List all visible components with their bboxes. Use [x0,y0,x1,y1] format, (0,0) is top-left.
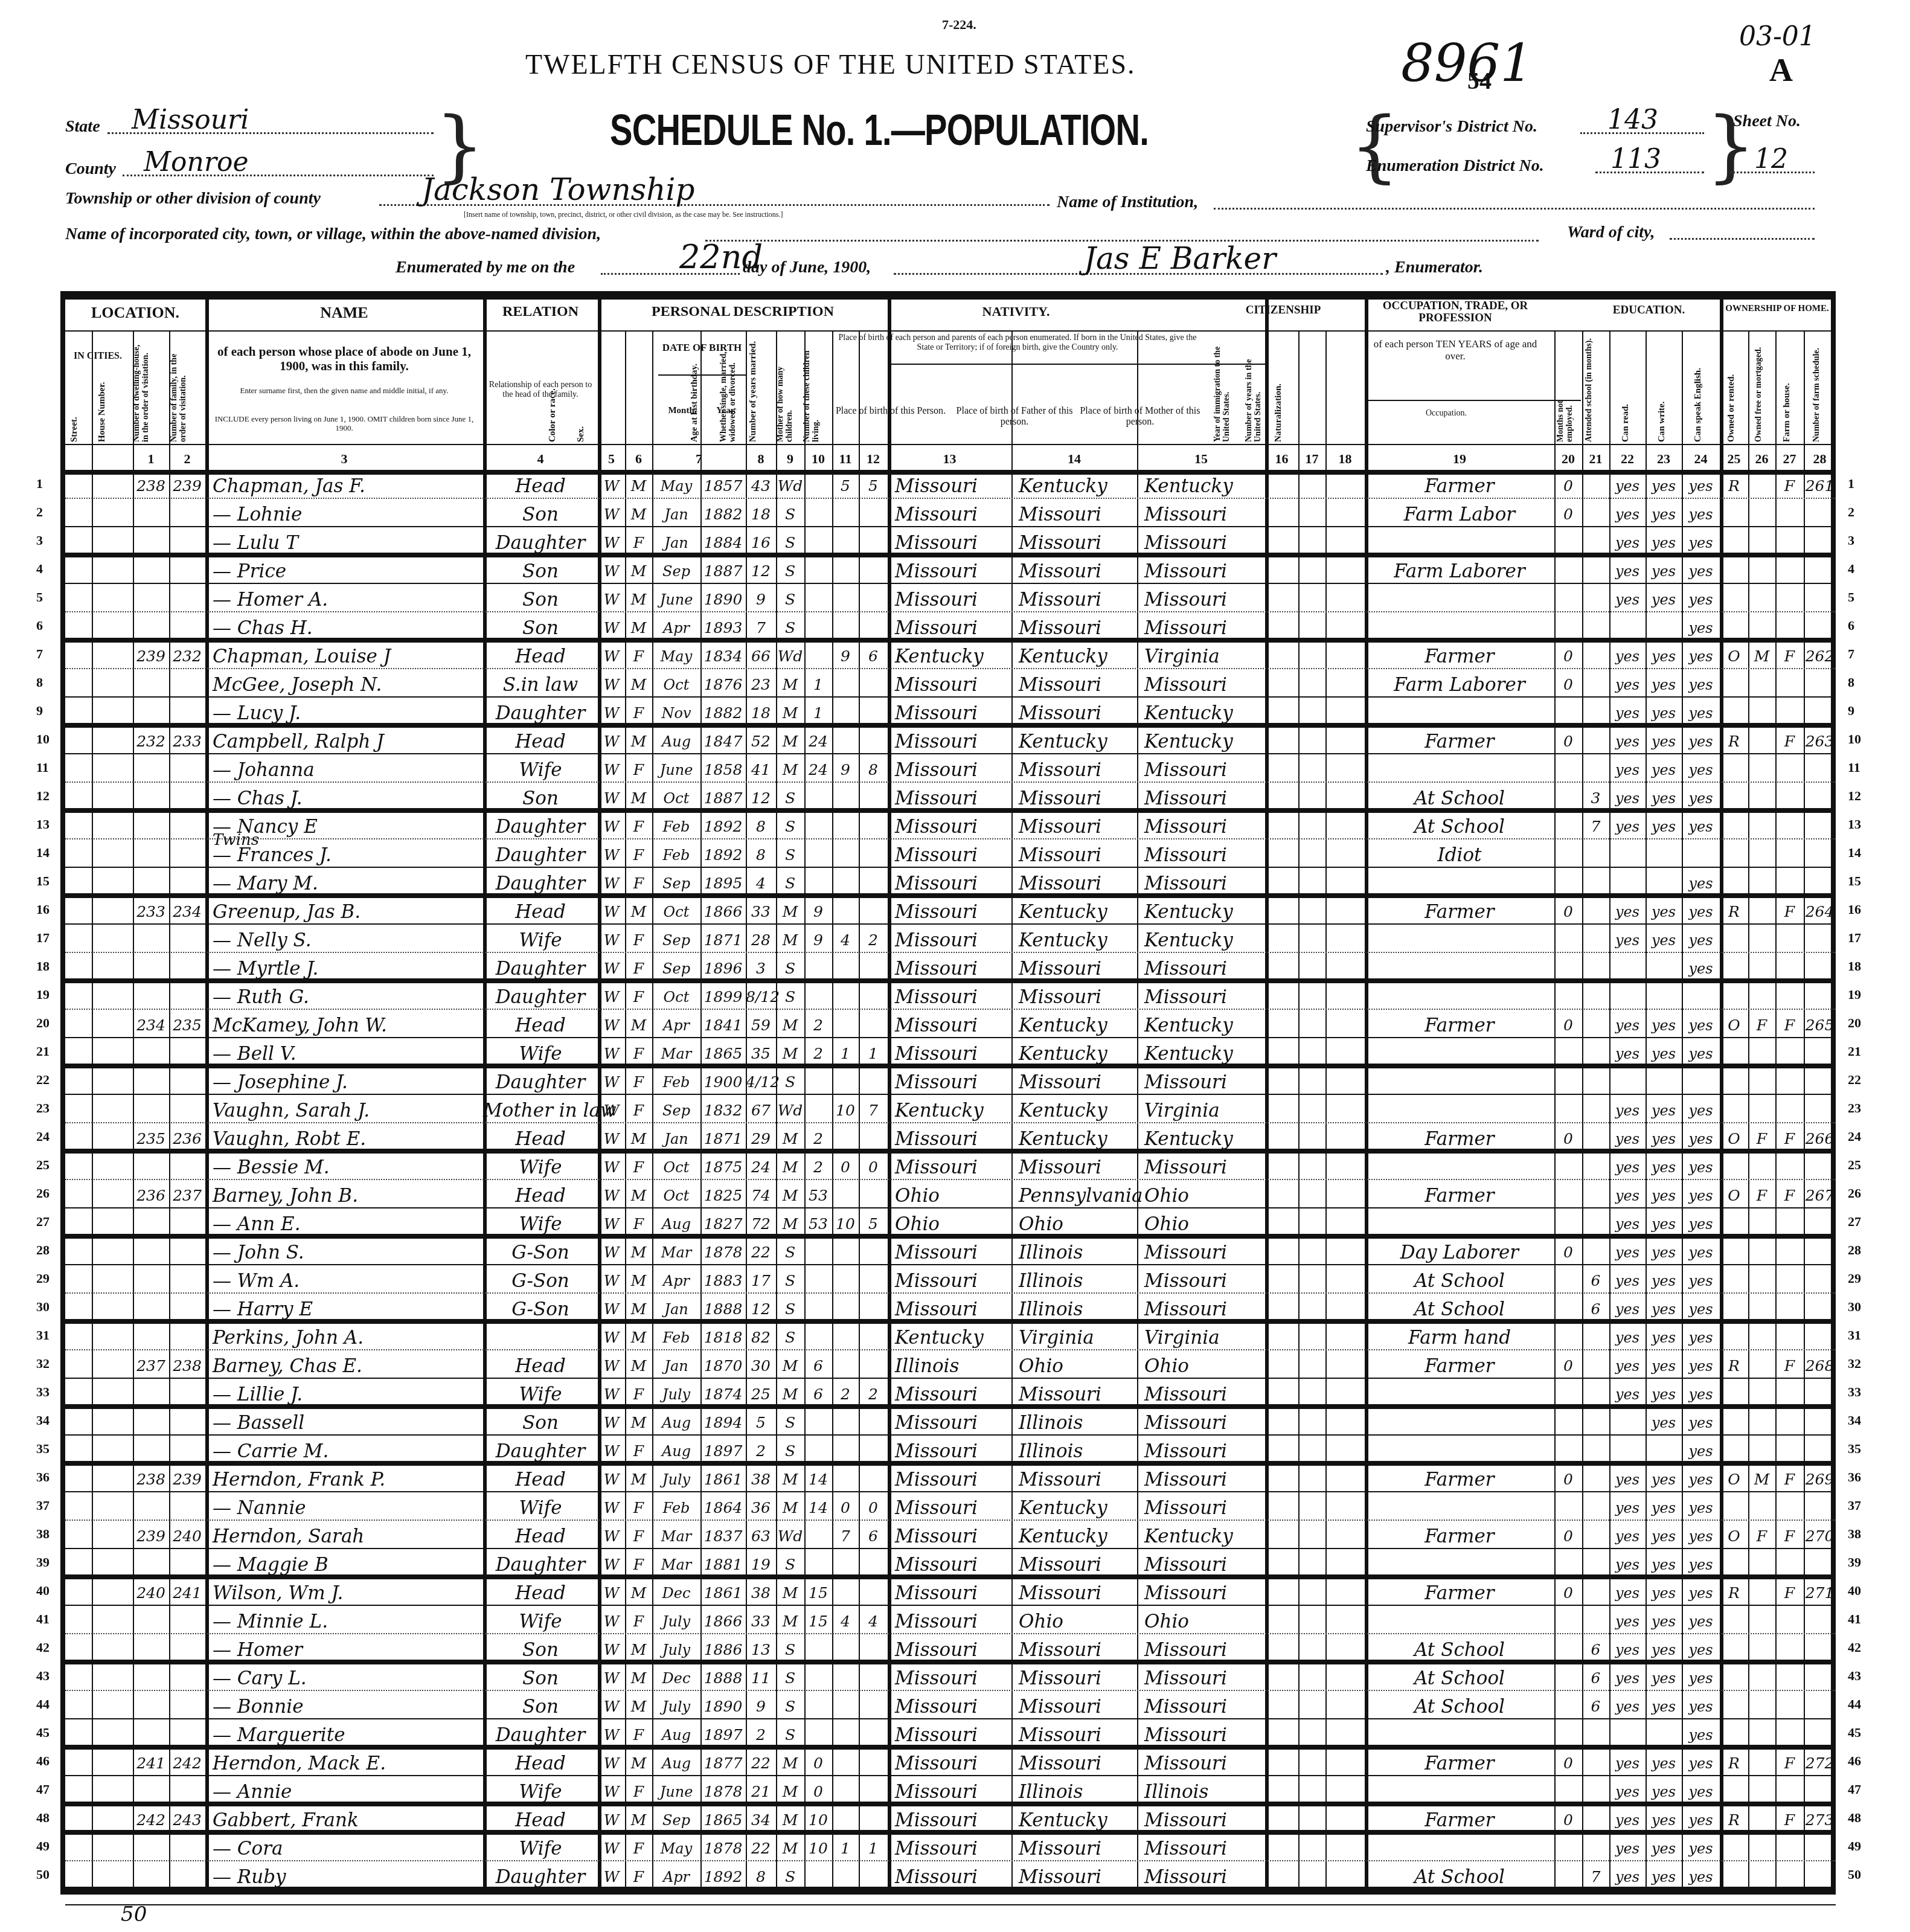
cell-pobm: Missouri [1144,1293,1265,1321]
cell-age: 28 [746,924,776,952]
cell-fam: 236 [169,1123,205,1151]
cell-fh [1775,981,1804,1009]
cell-en: yes [1682,867,1720,896]
cell-wr: yes [1646,1236,1682,1265]
cell-name: — Price [213,555,483,583]
county-value: Monroe [144,147,248,178]
cell-wr: yes [1646,1378,1682,1407]
cell-rd: yes [1609,1293,1646,1321]
cell-ym [804,1690,832,1719]
cell-dw [133,498,169,527]
cell-name: Campbell, Ralph J [213,725,483,754]
cell-name: — Nelly S. [213,924,483,952]
cell-fam [169,1208,205,1236]
cell-own [1720,1407,1748,1435]
cell-own [1720,1634,1748,1662]
column-number: 1 [133,451,169,467]
cell-age: 21 [746,1776,776,1804]
cell-fh [1775,782,1804,810]
cell-occ [1365,1378,1554,1407]
cell-occ [1365,754,1554,782]
left-row-number: 26 [36,1186,50,1201]
cell-mo: Aug [652,1208,700,1236]
cell-fm [1748,896,1775,924]
cell-pobf: Kentucky [1019,1804,1137,1832]
cell-liv: 1 [859,1832,888,1861]
right-row-number: 2 [1848,504,1854,520]
cell-fm [1748,839,1775,867]
cell-col: W [598,1066,625,1094]
cell-mo: Mar [652,1236,700,1265]
cell-yr: 1877 [700,1747,746,1776]
cell-pobf: Missouri [1019,498,1137,527]
cell-mo: Aug [652,725,700,754]
cell-wr: yes [1646,1038,1682,1066]
cell-pobf: Missouri [1019,1747,1137,1776]
cell-rel: Wife [483,1776,598,1804]
right-row-number: 7 [1848,646,1854,662]
cell-mo: Oct [652,1179,700,1208]
cell-mar: M [776,1832,804,1861]
table-row: — BassellSonWMAug18945SMissouriIllinoisM… [60,1407,1836,1435]
cell-pobf: Missouri [1019,697,1137,725]
cell-rel: Head [483,470,598,498]
cell-en [1682,981,1720,1009]
cell-fs [1804,1861,1836,1889]
cell-yr: 1876 [700,669,746,697]
cell-rd: yes [1609,1236,1646,1265]
cell-ym: 0 [804,1776,832,1804]
cell-name: Chapman, Louise J [213,640,483,669]
right-row-number: 45 [1848,1725,1861,1741]
cell-name: Barney, John B. [213,1179,483,1208]
cell-en: yes [1682,952,1720,981]
cell-occ [1365,1038,1554,1066]
cell-col: W [598,527,625,555]
cell-age: 23 [746,669,776,697]
cell-mne [1554,1690,1582,1719]
cell-moth [832,1321,859,1350]
cell-sch [1582,1378,1609,1407]
cell-mo: Mar [652,1520,700,1548]
right-row-number: 8 [1848,675,1854,690]
cell-mne [1554,782,1582,810]
sheet-label: Sheet No. [1733,112,1801,131]
cell-sex: F [625,1066,652,1094]
cell-own [1720,612,1748,640]
cell-yr: 1871 [700,924,746,952]
cell-pobm: Kentucky [1144,896,1265,924]
cell-ym [804,555,832,583]
cell-yr: 1837 [700,1520,746,1548]
cell-mar: M [776,1492,804,1520]
cell-wr: yes [1646,1492,1682,1520]
table-row: — NannieWifeWFFeb186436M1400MissouriKent… [60,1492,1836,1520]
cell-sch [1582,583,1609,612]
left-row-number: 17 [36,930,50,946]
cell-liv [859,1463,888,1492]
cell-moth: 9 [832,640,859,669]
cell-mo: Nov [652,697,700,725]
right-row-number: 9 [1848,703,1854,719]
cell-own [1720,1038,1748,1066]
cell-mo: Sep [652,952,700,981]
cell-rel: Wife [483,1605,598,1634]
cell-pobm: Missouri [1144,1378,1265,1407]
cell-moth: 1 [832,1832,859,1861]
cell-en: yes [1682,1435,1720,1463]
color-heading: Color or race. [548,382,558,442]
cell-pob: Missouri [895,1662,1011,1690]
left-row-number: 41 [36,1611,50,1627]
cell-mne [1554,583,1582,612]
cell-fam: 235 [169,1009,205,1038]
cell-mar: S [776,867,804,896]
left-row-number: 16 [36,902,50,917]
cell-ym [804,839,832,867]
cell-mar: S [776,1861,804,1889]
table-row: — BonnieSonWMJuly18909SMissouriMissouriM… [60,1690,1836,1719]
cell-mne [1554,1293,1582,1321]
cell-sex: F [625,527,652,555]
cell-occ [1365,1407,1554,1435]
cell-mo: Oct [652,669,700,697]
cell-wr: yes [1646,1605,1682,1634]
cell-en: yes [1682,1293,1720,1321]
cell-en: yes [1682,669,1720,697]
sheet-value: 12 [1754,144,1788,175]
cell-mar: S [776,1265,804,1293]
cell-sex: F [625,754,652,782]
cell-sex: F [625,1038,652,1066]
cell-pobm: Missouri [1144,1236,1265,1265]
table-row: 238239Chapman, Jas F.HeadWMMay185743Wd55… [60,470,1836,498]
left-row-number: 4 [36,561,43,577]
cell-wr: yes [1646,527,1682,555]
column-number: 19 [1365,451,1554,467]
cell-fh [1775,1662,1804,1690]
cell-own: O [1720,1179,1748,1208]
cell-ym [804,583,832,612]
cell-fam [169,1293,205,1321]
cell-occ: At School [1365,1265,1554,1293]
cell-pobf: Missouri [1019,839,1137,867]
cell-age: 74 [746,1179,776,1208]
cell-mo: July [652,1463,700,1492]
left-row-number: 7 [36,646,43,662]
column-number: 4 [483,451,598,467]
cell-fs [1804,1151,1836,1179]
cell-yr: 1883 [700,1265,746,1293]
county-label: County [65,159,116,179]
cell-pobm: Missouri [1144,981,1265,1009]
cell-pobf: Ohio [1019,1350,1137,1378]
occupation-heading: OCCUPATION, TRADE, OR PROFESSION [1365,300,1546,324]
cell-rel: Head [483,725,598,754]
cell-own [1720,981,1748,1009]
cell-en: yes [1682,1009,1720,1038]
cell-dw [133,981,169,1009]
cell-yr: 1866 [700,896,746,924]
cell-rd: yes [1609,1776,1646,1804]
cell-fh [1775,1605,1804,1634]
cell-pobm: Missouri [1144,810,1265,839]
cell-sex: M [625,555,652,583]
cell-moth [832,1265,859,1293]
cell-mo: July [652,1605,700,1634]
cell-mne: 0 [1554,1520,1582,1548]
cell-liv [859,1548,888,1577]
cell-name: Herndon, Mack E. [213,1747,483,1776]
cell-fh [1775,1236,1804,1265]
cell-age: 33 [746,896,776,924]
cell-mar: M [776,1804,804,1832]
cell-occ: Farmer [1365,1009,1554,1038]
cell-fam [169,612,205,640]
cell-pobm: Ohio [1144,1179,1265,1208]
cell-moth [832,1066,859,1094]
cell-rel: Head [483,1463,598,1492]
cell-yr: 1865 [700,1038,746,1066]
cell-pobm: Missouri [1144,1747,1265,1776]
cell-yr: 1890 [700,583,746,612]
cell-wr: yes [1646,1463,1682,1492]
right-row-number: 4 [1848,561,1854,577]
cell-dw [133,1265,169,1293]
cell-fam: 242 [169,1747,205,1776]
cell-fam [169,555,205,583]
cell-name: — Wm A. [213,1265,483,1293]
cell-mne: 0 [1554,725,1582,754]
township-label: Township or other division of county [65,189,321,208]
cell-wr: yes [1646,498,1682,527]
cell-rd [1609,867,1646,896]
cell-dw: 233 [133,896,169,924]
cell-rd: yes [1609,782,1646,810]
cell-wr: yes [1646,1321,1682,1350]
cell-pobm: Kentucky [1144,1038,1265,1066]
cell-liv [859,1350,888,1378]
right-row-number: 19 [1848,987,1861,1003]
right-row-number: 21 [1848,1044,1861,1059]
cell-pobm: Missouri [1144,782,1265,810]
cell-liv: 7 [859,1094,888,1123]
cell-fs [1804,924,1836,952]
cell-mne [1554,1265,1582,1293]
cell-wr: yes [1646,1662,1682,1690]
cell-name: — Bonnie [213,1690,483,1719]
cell-name: — Maggie B [213,1548,483,1577]
cell-pobm: Virginia [1144,640,1265,669]
cell-own [1720,1435,1748,1463]
cell-col: W [598,612,625,640]
cell-rel: Head [483,1804,598,1832]
cell-moth: 5 [832,470,859,498]
cell-pobm: Missouri [1144,1548,1265,1577]
cell-sex: M [625,1463,652,1492]
cell-fs [1804,810,1836,839]
cell-moth [832,498,859,527]
cell-mo: Aug [652,1747,700,1776]
cell-fh [1775,1861,1804,1889]
cell-ym [804,612,832,640]
cell-mar: S [776,1293,804,1321]
cell-moth: 10 [832,1208,859,1236]
cell-own: R [1720,1747,1748,1776]
cell-pobm: Kentucky [1144,1123,1265,1151]
cell-col: W [598,1747,625,1776]
cell-yr: 1864 [700,1492,746,1520]
cell-wr: yes [1646,697,1682,725]
cell-liv: 2 [859,924,888,952]
cell-dw: 240 [133,1577,169,1605]
cell-rd: yes [1609,669,1646,697]
cell-fam [169,669,205,697]
cell-own [1720,498,1748,527]
cell-name: Herndon, Frank P. [213,1463,483,1492]
cell-en: yes [1682,1776,1720,1804]
cell-fs: 272 [1804,1747,1836,1776]
cell-fh: F [1775,1804,1804,1832]
cell-own [1720,669,1748,697]
cell-fm: F [1748,1179,1775,1208]
cell-sex: M [625,1690,652,1719]
cell-fm [1748,1690,1775,1719]
cell-name: — Cary L. [213,1662,483,1690]
left-row-number: 34 [36,1413,50,1428]
cell-pob: Kentucky [895,1094,1011,1123]
cell-pobf: Illinois [1019,1265,1137,1293]
cell-occ [1365,612,1554,640]
left-row-number: 28 [36,1242,50,1258]
cell-age: 63 [746,1520,776,1548]
right-row-number: 22 [1848,1072,1861,1088]
state-label: State [65,117,100,136]
cell-fh: F [1775,896,1804,924]
cell-pob: Missouri [895,1492,1011,1520]
cell-fam [169,867,205,896]
cell-dw: 238 [133,1463,169,1492]
cell-pob: Missouri [895,1265,1011,1293]
cell-en: yes [1682,924,1720,952]
cell-mo: Apr [652,1861,700,1889]
table-row: — Nelly S.WifeWFSep187128M942MissouriKen… [60,924,1836,952]
cell-moth [832,810,859,839]
cell-fam: 238 [169,1350,205,1378]
cell-rd: yes [1609,754,1646,782]
cell-mar: M [776,1009,804,1038]
cell-pobm: Missouri [1144,1690,1265,1719]
cell-fm [1748,1350,1775,1378]
cell-pobm: Missouri [1144,1265,1265,1293]
cell-rd: yes [1609,1804,1646,1832]
cell-own: O [1720,640,1748,669]
column-number: 21 [1582,451,1609,467]
cell-fs [1804,1832,1836,1861]
table-row: — Bell V.WifeWFMar186535M211MissouriKent… [60,1038,1836,1066]
cell-fm [1748,1236,1775,1265]
cell-pob: Missouri [895,1407,1011,1435]
left-row-number: 30 [36,1299,50,1315]
enumerated-line: Enumerated by me on the 22nd day of June… [396,245,1573,281]
cell-own: R [1720,470,1748,498]
cell-mne [1554,527,1582,555]
cell-pobf: Missouri [1019,782,1137,810]
cell-yr: 1888 [700,1662,746,1690]
table-row: — Minnie L.WifeWFJuly186633M1544Missouri… [60,1605,1836,1634]
ed-value: 113 [1610,144,1661,175]
cell-pob: Missouri [895,583,1011,612]
cell-liv: 6 [859,1520,888,1548]
cell-en: yes [1682,810,1720,839]
cell-moth [832,583,859,612]
cell-fm [1748,952,1775,981]
cell-pobm: Kentucky [1144,1520,1265,1548]
cell-mne [1554,924,1582,952]
cell-dw [133,1690,169,1719]
cell-fh [1775,697,1804,725]
cell-col: W [598,1435,625,1463]
cell-pobf: Kentucky [1019,725,1137,754]
cell-pob: Missouri [895,1123,1011,1151]
cell-age: 7 [746,612,776,640]
location-heading: LOCATION. [65,304,205,321]
right-row-number: 50 [1848,1867,1861,1882]
cell-dw: 234 [133,1009,169,1038]
cell-liv [859,583,888,612]
cell-fam [169,754,205,782]
cell-dw [133,555,169,583]
cell-fm: F [1748,1009,1775,1038]
right-row-number: 46 [1848,1753,1861,1769]
cell-wr: yes [1646,1776,1682,1804]
cell-age: 4/12 [746,1066,776,1094]
cell-name: — Lohnie [213,498,483,527]
cell-age: 22 [746,1832,776,1861]
cell-fm [1748,612,1775,640]
cell-col: W [598,1776,625,1804]
cell-fm [1748,1804,1775,1832]
cell-pob: Missouri [895,697,1011,725]
cell-fam: 234 [169,896,205,924]
cell-wr [1646,867,1682,896]
cell-mne [1554,612,1582,640]
cell-rel: Daughter [483,1435,598,1463]
cell-sex: F [625,952,652,981]
cell-rel: Daughter [483,527,598,555]
cell-mne [1554,1179,1582,1208]
cell-rel: Daughter [483,1861,598,1889]
ward-label: Ward of city, [1567,223,1655,242]
cell-moth [832,839,859,867]
cell-pob: Missouri [895,1577,1011,1605]
table-row: — HomerSonWMJuly188613SMissouriMissouriM… [60,1634,1836,1662]
cell-pobf: Missouri [1019,527,1137,555]
cell-dw [133,754,169,782]
cell-col: W [598,754,625,782]
cell-fh [1775,1265,1804,1293]
cell-sex: M [625,782,652,810]
cell-fm [1748,1293,1775,1321]
cell-occ [1365,924,1554,952]
cell-pobm: Missouri [1144,1435,1265,1463]
cell-moth [832,1236,859,1265]
cell-sch [1582,924,1609,952]
cell-rd: yes [1609,1151,1646,1179]
cell-fm [1748,725,1775,754]
cell-pobm: Missouri [1144,1832,1265,1861]
cell-col: W [598,896,625,924]
